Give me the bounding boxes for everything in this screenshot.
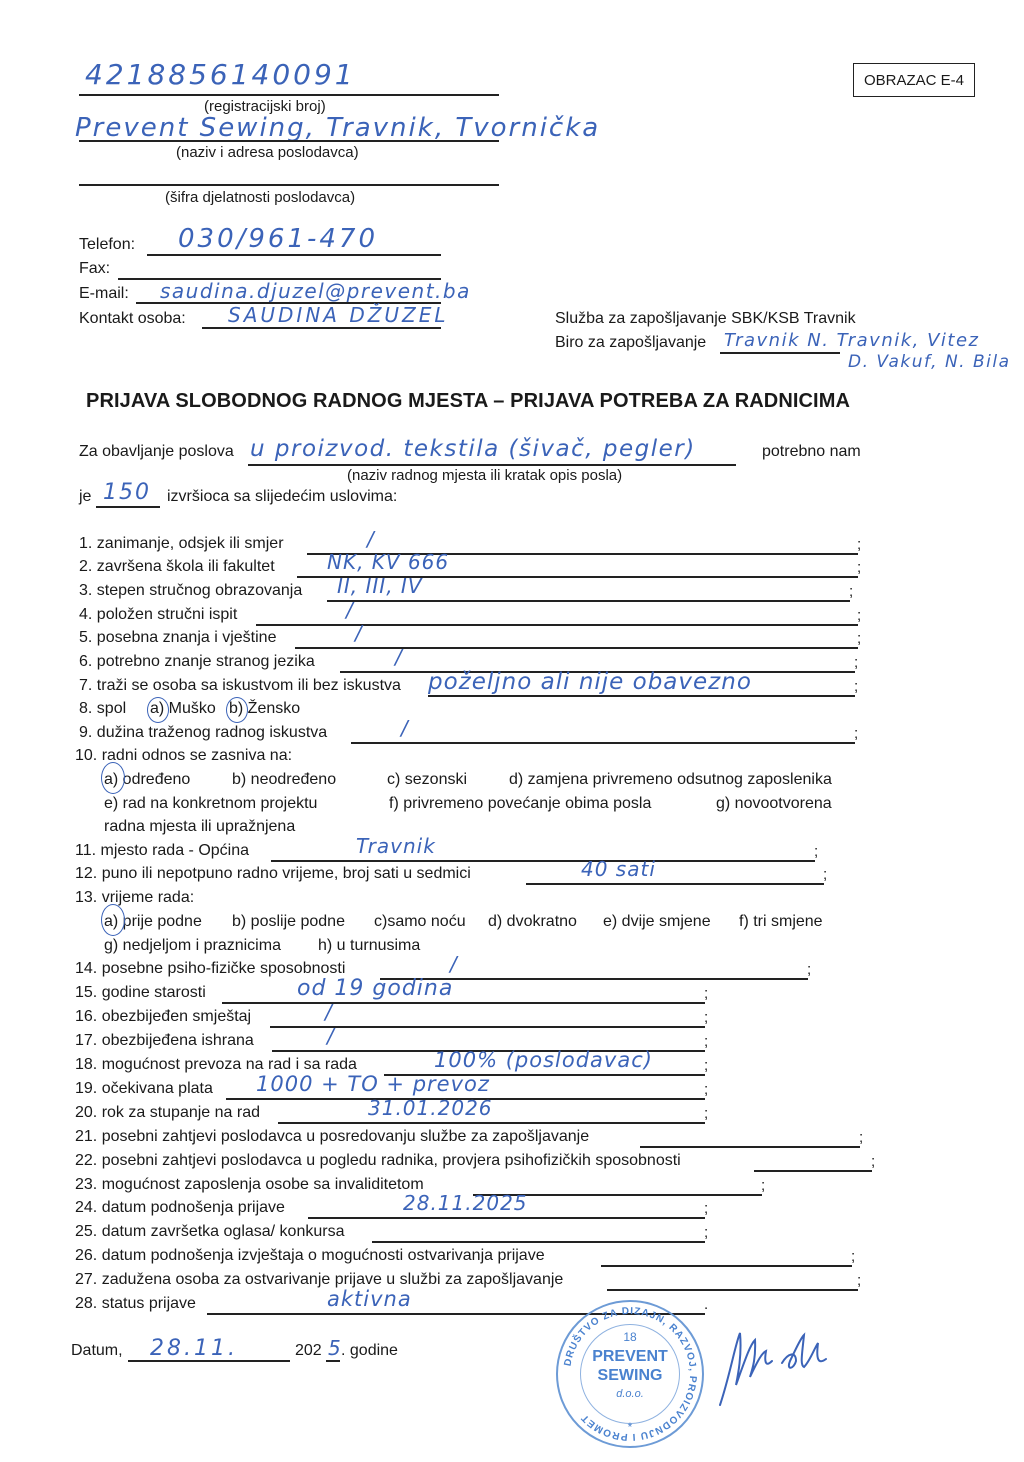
employment-type-option[interactable]: c) sezonski bbox=[387, 771, 467, 789]
item-value[interactable]: / bbox=[395, 645, 403, 669]
employment-type-option[interactable]: b) neodređeno bbox=[232, 771, 336, 789]
item-input-line[interactable] bbox=[256, 624, 858, 626]
registration-number-value[interactable]: 4218856140091 bbox=[85, 58, 356, 91]
year-digit-value[interactable]: 5 bbox=[328, 1336, 342, 1360]
item-terminator: ; bbox=[814, 843, 818, 860]
item-value[interactable]: NK, KV 666 bbox=[327, 550, 449, 574]
work-time-option[interactable]: h) u turnusima bbox=[318, 937, 420, 955]
item-terminator: ; bbox=[761, 1177, 765, 1194]
item-terminator: ; bbox=[704, 1033, 708, 1050]
item-value[interactable]: 100% (poslodavac) bbox=[434, 1048, 653, 1072]
work-time-option[interactable]: e) dvije smjene bbox=[603, 913, 711, 931]
stamp-suffix: d.o.o. bbox=[558, 1388, 702, 1400]
item-input-line[interactable] bbox=[308, 1217, 705, 1219]
work-time-option[interactable]: b) poslije podne bbox=[232, 913, 345, 931]
stamp-star: * bbox=[558, 1420, 702, 1434]
item-label: 1. zanimanje, odsjek ili smjer bbox=[79, 535, 284, 553]
item-terminator: ; bbox=[851, 1248, 855, 1265]
date-value[interactable]: 28.11. bbox=[150, 1336, 238, 1361]
job-suffix: potrebno nam bbox=[762, 443, 861, 461]
item-input-line[interactable] bbox=[640, 1146, 860, 1148]
item-terminator: ; bbox=[871, 1153, 875, 1170]
fax-label: Fax: bbox=[79, 260, 110, 278]
employment-type-option[interactable]: g) novootvorena bbox=[716, 795, 832, 813]
year-digit-line bbox=[326, 1360, 340, 1362]
employment-type-option[interactable]: e) rad na konkretnom projektu bbox=[104, 795, 317, 813]
item-label: 22. posebni zahtjevi poslodavca u pogled… bbox=[75, 1152, 681, 1170]
work-time-option[interactable]: g) nedjeljom i praznicima bbox=[104, 937, 281, 955]
item-label: 19. očekivana plata bbox=[75, 1080, 213, 1098]
item-label: 17. obezbijeđena ishrana bbox=[75, 1032, 254, 1050]
item-input-line[interactable] bbox=[372, 1241, 705, 1243]
item-value[interactable]: / bbox=[355, 621, 363, 645]
count-prefix: je bbox=[79, 488, 91, 506]
item-value[interactable]: 40 sati bbox=[581, 857, 656, 881]
item-value[interactable]: 31.01.2026 bbox=[368, 1096, 493, 1120]
stamp-name-line1: PREVENT bbox=[558, 1348, 702, 1366]
item-terminator: ; bbox=[854, 678, 858, 695]
item-label: 4. položen stručni ispit bbox=[79, 606, 237, 624]
item-label: 11. mjesto rada - Općina bbox=[75, 842, 249, 860]
item-input-line[interactable] bbox=[271, 860, 815, 862]
item-terminator: ; bbox=[857, 630, 861, 647]
item-terminator: ; bbox=[704, 1224, 708, 1241]
selected-circle-work-time bbox=[101, 904, 125, 936]
job-caption: (naziv radnog mjesta ili kratak opis pos… bbox=[347, 467, 622, 484]
item-label: 9. dužina traženog radnog iskustva bbox=[79, 724, 327, 742]
item-input-line[interactable] bbox=[526, 883, 824, 885]
item-label: 7. traži se osoba sa iskustvom ili bez i… bbox=[79, 677, 401, 695]
employer-name-caption: (naziv i adresa poslodavca) bbox=[176, 144, 359, 161]
page-title: PRIJAVA SLOBODNOG RADNOG MJESTA – PRIJAV… bbox=[86, 390, 850, 413]
item-label: 8. spol bbox=[79, 700, 126, 718]
phone-line bbox=[147, 254, 441, 256]
work-time-option[interactable]: c)samo noću bbox=[374, 913, 466, 931]
item-input-line[interactable] bbox=[607, 1289, 858, 1291]
job-value[interactable]: u proizvod. tekstila (šivač, pegler) bbox=[250, 436, 696, 462]
work-time-option[interactable]: f) tri smjene bbox=[739, 913, 823, 931]
item-input-line[interactable] bbox=[295, 647, 858, 649]
contact-value[interactable]: SAUDINA DŽUZEL bbox=[228, 303, 449, 327]
selected-circle-male bbox=[147, 697, 169, 723]
work-time-option[interactable]: d) dvokratno bbox=[488, 913, 577, 931]
year-prefix: 202 bbox=[295, 1342, 322, 1360]
employment-service: Služba za zapošljavanje SBK/KSB Travnik bbox=[555, 310, 856, 328]
item-label: 27. zadužena osoba za ostvarivanje prija… bbox=[75, 1271, 563, 1289]
job-prefix: Za obavljanje poslova bbox=[79, 443, 234, 461]
item-label: 13. vrijeme rada: bbox=[75, 889, 194, 907]
bureau-value-line2[interactable]: D. Vakuf, N. Bila bbox=[848, 352, 1011, 372]
item-input-line[interactable] bbox=[428, 695, 855, 697]
item-terminator: ; bbox=[854, 725, 858, 742]
email-label: E-mail: bbox=[79, 285, 129, 303]
date-label: Datum, bbox=[71, 1342, 123, 1360]
item-terminator: . bbox=[704, 1296, 708, 1313]
employment-type-option[interactable]: f) privremeno povećanje obima posla bbox=[389, 795, 651, 813]
form-code-box: OBRAZAC E-4 bbox=[853, 63, 975, 97]
item-terminator: ; bbox=[857, 536, 861, 553]
selected-circle-employment bbox=[101, 762, 125, 794]
item-input-line[interactable] bbox=[754, 1170, 872, 1172]
form-code: OBRAZAC E-4 bbox=[864, 72, 964, 89]
item-input-line[interactable] bbox=[327, 600, 850, 602]
item-value[interactable]: aktivna bbox=[327, 1287, 412, 1311]
item-label: 15. godine starosti bbox=[75, 984, 206, 1002]
signature-icon bbox=[700, 1315, 840, 1415]
item-value[interactable]: od 19 godina bbox=[297, 976, 453, 1001]
item-label: 23. mogućnost zaposlenja osobe sa invali… bbox=[75, 1176, 424, 1194]
item-terminator: ; bbox=[857, 1272, 861, 1289]
item-value[interactable]: II, III, IV bbox=[337, 574, 423, 598]
bureau-label: Biro za zapošljavanje bbox=[555, 334, 706, 352]
item-label: 28. status prijave bbox=[75, 1295, 196, 1313]
item-value[interactable]: / bbox=[346, 598, 354, 622]
item-terminator: ; bbox=[704, 1009, 708, 1026]
employer-name-value[interactable]: Prevent Sewing, Travnik, Tvornička bbox=[75, 113, 600, 143]
item-terminator: ; bbox=[859, 1129, 863, 1146]
item-terminator: ; bbox=[854, 654, 858, 671]
item-value[interactable]: / bbox=[367, 527, 375, 551]
employer-name-line bbox=[79, 140, 499, 142]
bureau-line bbox=[720, 352, 840, 354]
item-label: 20. rok za stupanje na rad bbox=[75, 1104, 260, 1122]
count-suffix: izvršioca sa slijedećim uslovima: bbox=[167, 488, 397, 506]
item-label: 26. datum podnošenja izvještaja o mogućn… bbox=[75, 1247, 545, 1265]
activity-code-caption: (šifra djelatnosti poslodavca) bbox=[165, 189, 355, 206]
item-input-line[interactable] bbox=[270, 1026, 705, 1028]
job-line bbox=[248, 464, 736, 466]
count-line bbox=[96, 506, 160, 508]
item-terminator: ; bbox=[704, 1105, 708, 1122]
item-terminator: ; bbox=[704, 985, 708, 1002]
phone-value[interactable]: 030/961-470 bbox=[178, 224, 378, 254]
contact-label: Kontakt osoba: bbox=[79, 310, 186, 328]
item-value[interactable]: / bbox=[401, 716, 409, 740]
item-input-line[interactable] bbox=[601, 1265, 852, 1267]
worker-count-value[interactable]: 150 bbox=[103, 480, 151, 505]
item-value[interactable]: 1000 + TO + prevoz bbox=[256, 1072, 490, 1096]
item-value[interactable]: / bbox=[325, 1000, 333, 1024]
item-value[interactable]: poželjno ali nije obavezno bbox=[428, 669, 752, 695]
stamp-number: 18 bbox=[558, 1330, 702, 1344]
item-value[interactable]: Travnik bbox=[356, 834, 436, 858]
employment-type-option[interactable]: d) zamjena privremeno odsutnog zaposleni… bbox=[509, 771, 832, 789]
item-terminator: ; bbox=[704, 1081, 708, 1098]
item-label: 5. posebna znanja i vještine bbox=[79, 629, 276, 647]
stamp-name-line2: SEWING bbox=[558, 1367, 702, 1385]
item-terminator: ; bbox=[823, 866, 827, 883]
item-label: 6. potrebno znanje stranog jezika bbox=[79, 653, 315, 671]
contact-line bbox=[202, 327, 441, 329]
item-input-line[interactable] bbox=[351, 742, 855, 744]
year-suffix: . godine bbox=[341, 1342, 398, 1360]
selected-circle-female bbox=[226, 697, 248, 723]
item-label: 24. datum podnošenja prijave bbox=[75, 1199, 285, 1217]
item-terminator: ; bbox=[704, 1200, 708, 1217]
registration-number-line bbox=[79, 94, 499, 96]
item-terminator: ; bbox=[807, 961, 811, 978]
activity-code-line[interactable] bbox=[79, 184, 499, 186]
item-label: 2. završena škola ili fakultet bbox=[79, 558, 275, 576]
item-value[interactable]: 28.11.2025 bbox=[403, 1191, 528, 1215]
item-input-line[interactable] bbox=[278, 1122, 705, 1124]
bureau-value-line1[interactable]: Travnik N. Travnik, Vitez bbox=[724, 330, 980, 351]
item-input-line[interactable] bbox=[222, 1002, 705, 1004]
email-value[interactable]: saudina.djuzel@prevent.ba bbox=[160, 279, 471, 303]
employment-type-option-cont: radna mjesta ili upražnjena bbox=[104, 818, 295, 836]
item-label: 12. puno ili nepotpuno radno vrijeme, br… bbox=[75, 865, 471, 883]
phone-label: Telefon: bbox=[79, 236, 135, 254]
item-label: 21. posebni zahtjevi poslodavca u posred… bbox=[75, 1128, 589, 1146]
item-label: 25. datum završetka oglasa/ konkursa bbox=[75, 1223, 344, 1241]
item-value[interactable]: / bbox=[450, 952, 458, 976]
item-label: 16. obezbijeđen smještaj bbox=[75, 1008, 251, 1026]
item-terminator: ; bbox=[857, 559, 861, 576]
item-terminator: ; bbox=[849, 583, 853, 600]
item-label: 3. stepen stručnog obrazovanja bbox=[79, 582, 302, 600]
item-terminator: ; bbox=[857, 607, 861, 624]
company-stamp: DRUŠTVO ZA DIZAJN, RAZVOJ, PROIZVODNJU I… bbox=[556, 1300, 704, 1448]
item-terminator: ; bbox=[704, 1057, 708, 1074]
item-value[interactable]: / bbox=[327, 1024, 335, 1048]
